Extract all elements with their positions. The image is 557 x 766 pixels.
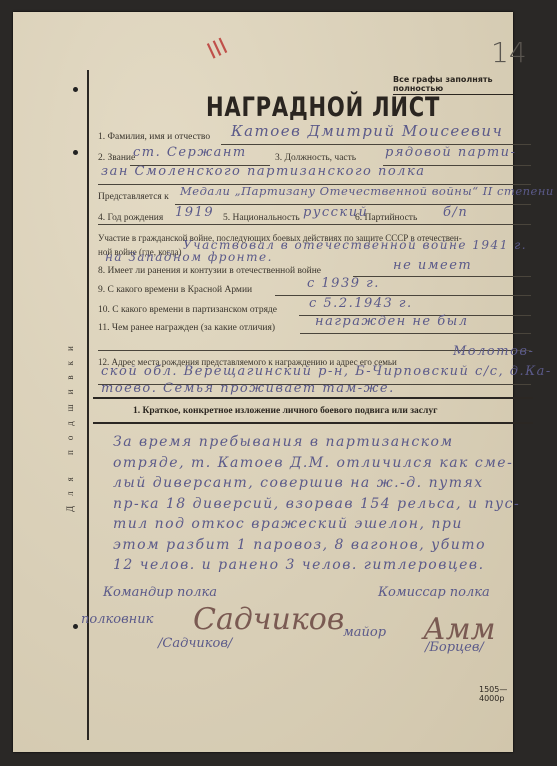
section-rule-top: [93, 397, 533, 399]
field-12-value-line2: ской обл. Верещагинский р-н, Б-Чирповски…: [101, 364, 552, 379]
narrative-line: лый диверсант, совершив на ж.-д. путях: [113, 473, 533, 494]
narrative-line: 12 челов. и ранено 3 челов. гитлеровцев.: [113, 555, 533, 576]
binding-side-label: Для подшивки: [65, 312, 79, 512]
right-signatory-title: Комиссар полка: [378, 585, 490, 600]
field-2-label: 2. Звание: [98, 153, 135, 163]
punch-hole: [73, 624, 78, 629]
presented-label: Представляется к: [98, 192, 169, 202]
red-pencil-mark: III: [204, 34, 232, 65]
punch-hole: [73, 150, 78, 155]
field-5-label: 5. Национальность: [223, 213, 300, 223]
page-number: 14: [491, 36, 527, 69]
field-7-value-line2: на Западном фронте.: [105, 250, 273, 264]
field-4-label: 4. Год рождения: [98, 213, 163, 223]
field-3-label: 3. Должность, часть: [275, 153, 356, 163]
field-11-value: награжден не был: [315, 314, 469, 329]
section-rule-bottom: [93, 422, 533, 424]
field-9-value: с 1939 г.: [307, 276, 380, 291]
field-8-value: не имеет: [393, 258, 472, 273]
field-4-value: 1919: [175, 205, 214, 220]
field-6-label: 6. Партийность: [355, 213, 417, 223]
binding-margin-line: [87, 70, 89, 740]
field-3-value-line2: зан Смоленского партизанского полка: [101, 164, 425, 179]
left-signatory-title: Командир полка: [103, 585, 217, 600]
field-12-value-line1: Молотов-: [453, 344, 534, 359]
field-2-value: ст. Сержант: [133, 145, 247, 160]
field-3-value-line1: рядовой парти-: [385, 145, 516, 160]
field-1-value: Катоев Дмитрий Моисеевич: [231, 122, 503, 140]
document-title: НАГРАДНОЙ ЛИСТ: [206, 92, 440, 123]
field-10-value: с 5.2.1943 г.: [309, 296, 413, 311]
narrative-text: За время пребывания в партизанском отряд…: [113, 432, 533, 576]
narrative-line: тил под откос вражеский эшелон, при: [113, 514, 533, 535]
field-11-label: 11. Чем ранее награжден (за какие отличи…: [98, 323, 275, 333]
print-code: 1505—4000р: [479, 685, 513, 703]
narrative-line: этом разбит 1 паровоз, 8 вагонов, убито: [113, 535, 533, 556]
narrative-line: отряде, т. Катоев Д.М. отличился как сме…: [113, 453, 533, 474]
field-12-value-line3: тоево. Семья проживает там-же.: [101, 381, 395, 396]
left-signatory-name: /Садчиков/: [158, 636, 232, 651]
narrative-line: За время пребывания в партизанском: [113, 432, 533, 453]
right-signatory-name: /Борцев/: [425, 640, 484, 655]
field-8-label: 8. Имеет ли ранения и контузии в отечест…: [98, 266, 321, 276]
narrative-line: пр-ка 18 диверсий, взорвав 154 рельса, и…: [113, 494, 533, 515]
presented-value: Медали „Партизану Отечественной войны“ I…: [180, 184, 554, 198]
left-signatory-rank: полковник: [81, 612, 153, 627]
section-header: 1. Краткое, конкретное изложение личного…: [133, 406, 437, 416]
field-9-label: 9. С какого времени в Красной Армии: [98, 285, 252, 295]
punch-hole: [73, 87, 78, 92]
underline: [98, 224, 531, 225]
field-1-label: 1. Фамилия, имя и отчество: [98, 132, 210, 142]
award-sheet-paper: Для подшивки 14 III Все графы заполнять …: [13, 12, 513, 752]
left-signature: Садчиков: [193, 602, 344, 637]
right-signatory-rank: майор: [343, 625, 386, 640]
side-text: Для подшивки: [65, 312, 75, 512]
field-10-label: 10. С какого времени в партизанском отря…: [98, 305, 277, 315]
field-6-value: б/п: [443, 205, 468, 220]
underline: [300, 333, 531, 334]
